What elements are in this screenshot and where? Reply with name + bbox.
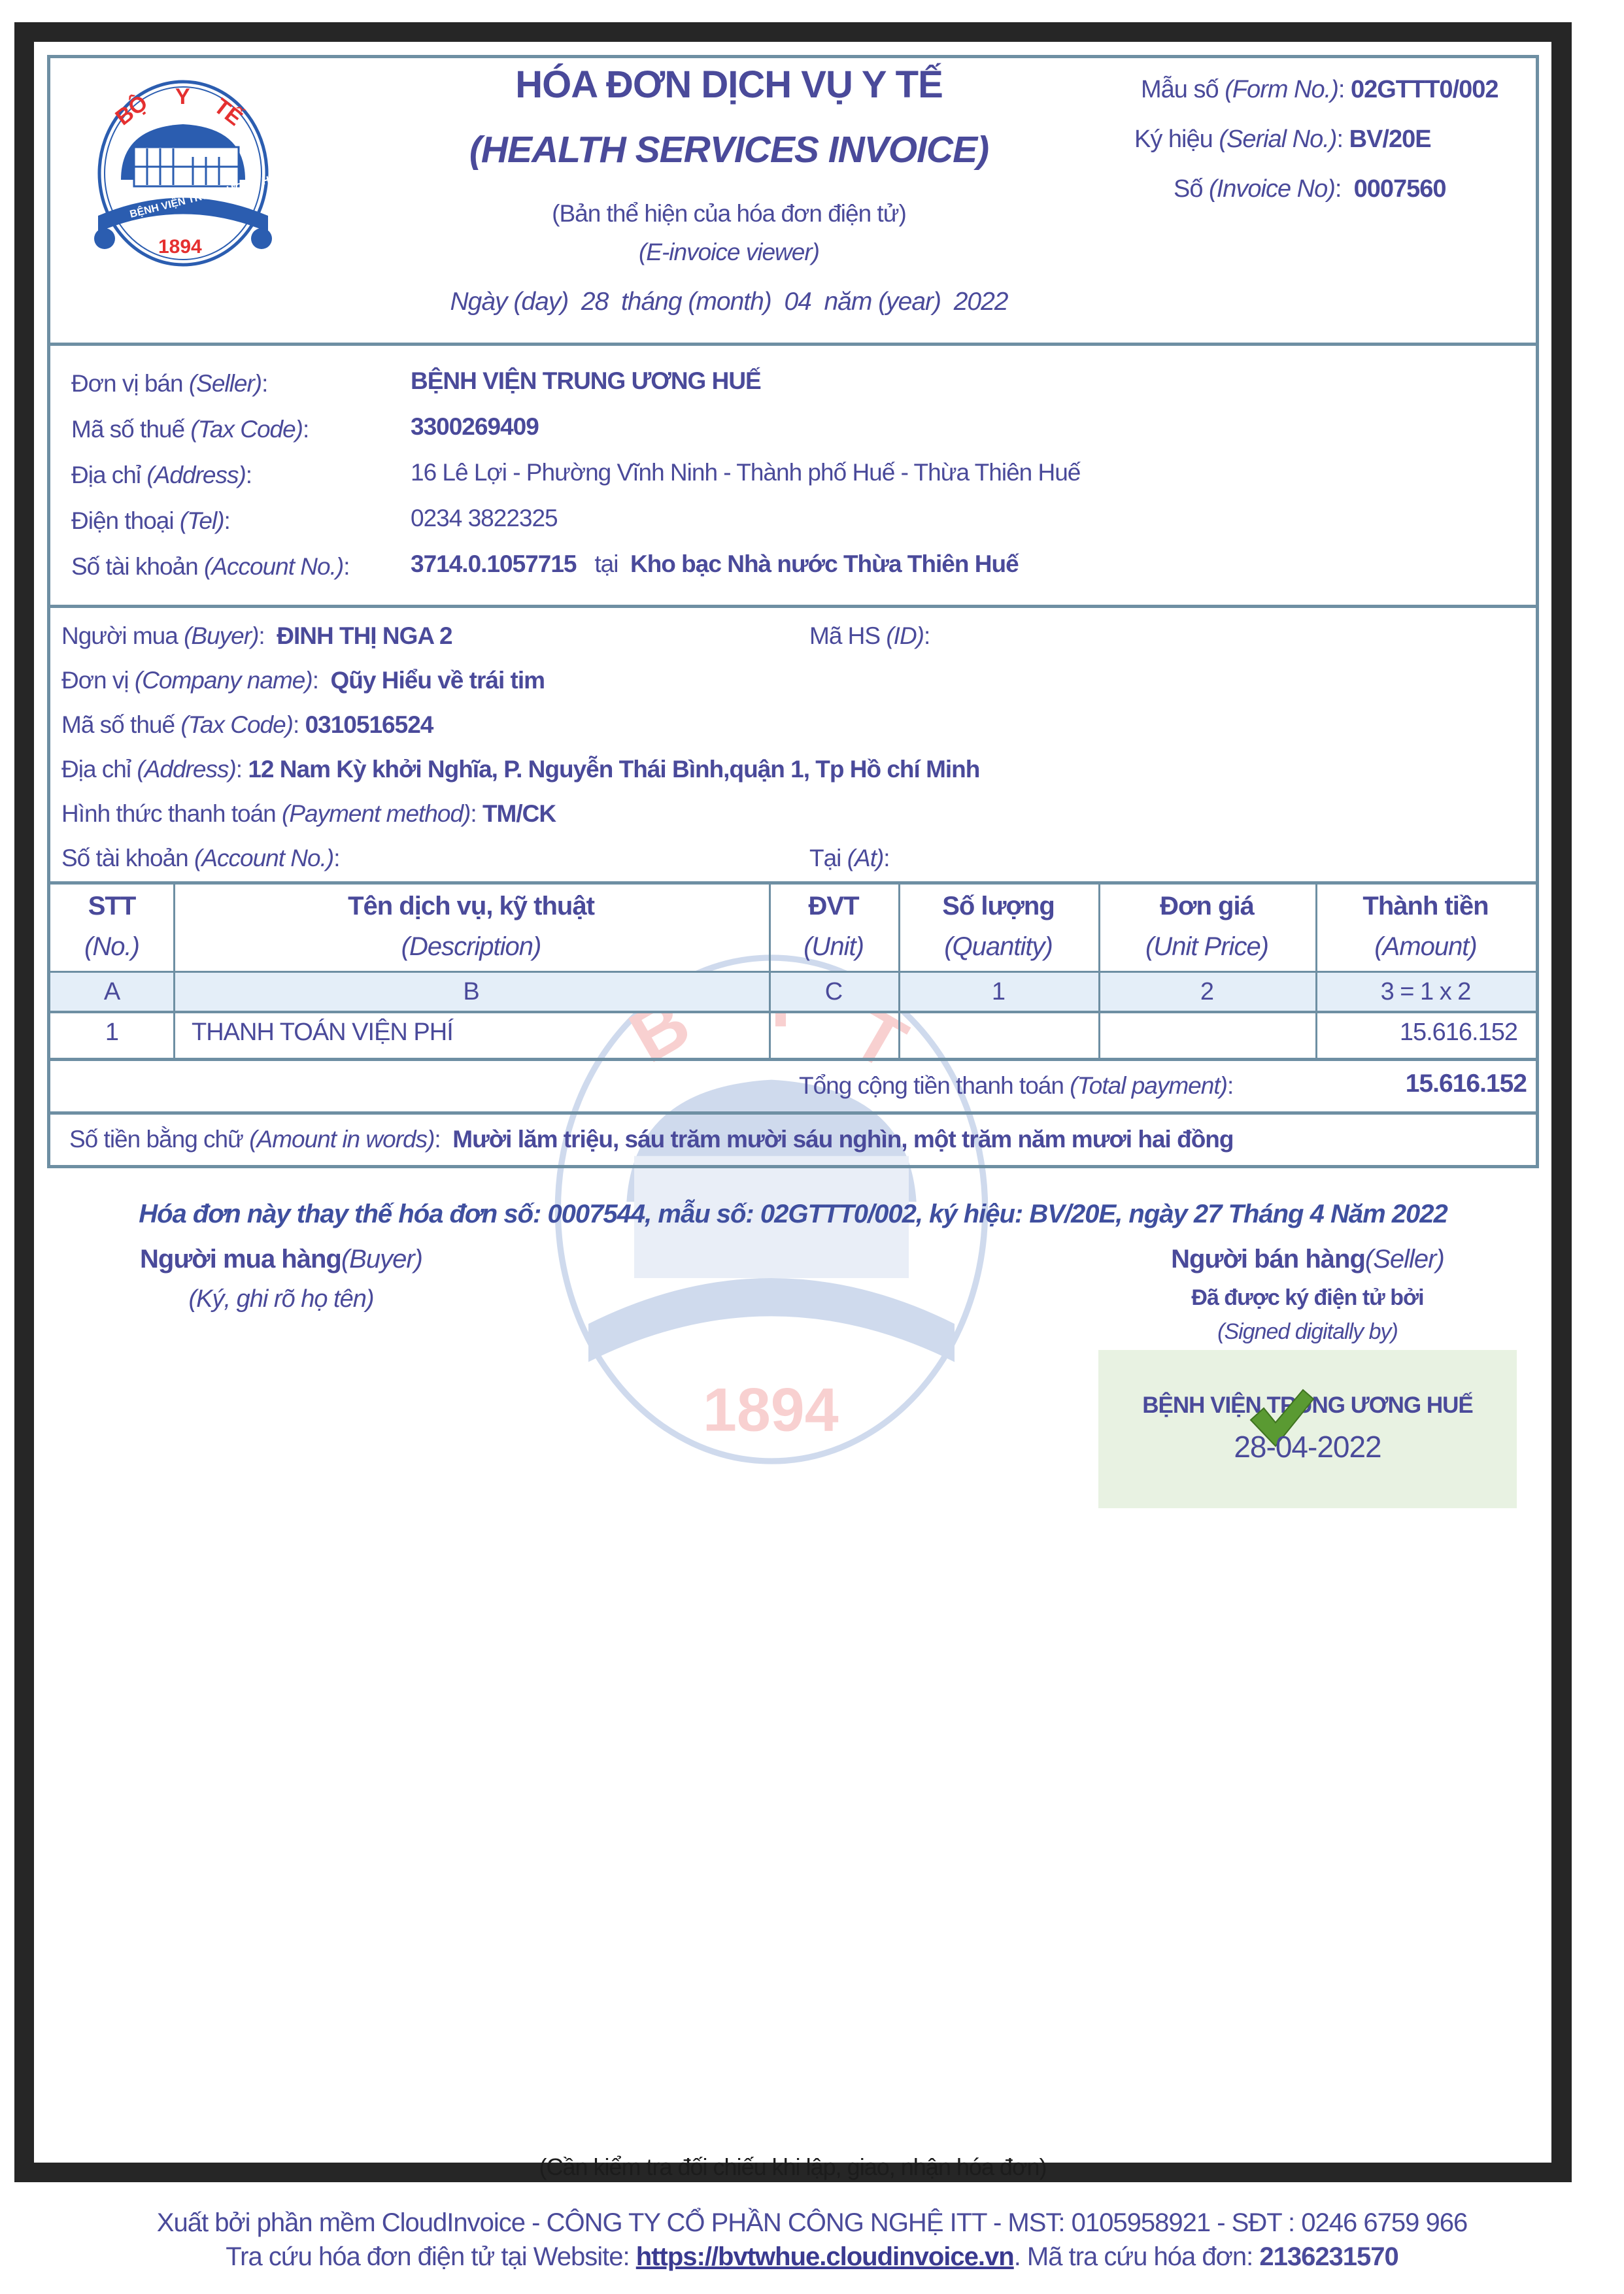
seller-tax-code: 3300269409 (411, 413, 539, 441)
signed-digitally-vi: Đã được ký điện tử bởi (1085, 1285, 1530, 1311)
amount-in-words-row: Số tiền bằng chữ (Amount in words): Mười… (69, 1126, 1234, 1153)
buyer-signature-note: (Ký, ghi rõ họ tên) (85, 1285, 477, 1313)
invoice-title-en: (HEALTH SERVICES INVOICE) (327, 128, 1131, 171)
table-cell-description: THANH TOÁN VIỆN PHÍ (192, 1013, 453, 1051)
divider (47, 343, 1539, 346)
lookup-code: 2136231570 (1259, 2242, 1398, 2271)
invoice-date: Ngày (day) 28 tháng (month) 04 năm (year… (327, 288, 1131, 316)
invoice-subtitle-vi: (Bản thể hiện của hóa đơn điện tử) (327, 200, 1131, 228)
column-header: Số lượng(Quantity) (898, 886, 1098, 967)
footer-lookup: Tra cứu hóa đơn điện tử tại Website: htt… (0, 2242, 1624, 2272)
invoice-no-label-en: (Invoice No) (1209, 175, 1335, 203)
signed-digitally-en: (Signed digitally by) (1085, 1319, 1530, 1345)
divider (47, 1111, 1539, 1115)
invoice-subtitle-en: (E-invoice viewer) (327, 239, 1131, 266)
serial-value: BV/20E (1349, 126, 1431, 153)
buyer-at-row: Tại (At): (809, 845, 890, 872)
seller-address: 16 Lê Lợi - Phường Vĩnh Ninh - Thành phố… (411, 459, 1080, 486)
buyer-account-row: Số tài khoản (Account No.): (61, 845, 339, 872)
buyer-id-row: Mã HS (ID): (809, 622, 930, 650)
signed-date: 28-04-2022 (1098, 1429, 1517, 1464)
buyer-company: Qũy Hiểu về trái tim (331, 667, 545, 694)
total-label: Tổng cộng tiền thanh toán (Total payment… (799, 1072, 1233, 1100)
column-header: Đơn giá(Unit Price) (1098, 886, 1315, 967)
form-number: Mẫu số (Form No.): 02GTTT0/002 (1141, 76, 1498, 104)
buyer-company-row: Đơn vị (Company name): Qũy Hiểu về trái … (61, 667, 545, 694)
footer-issuer: Xuất bởi phần mềm CloudInvoice - CÔNG TY… (0, 2208, 1624, 2238)
serial-label: Ký hiệu (1134, 126, 1213, 153)
column-header: ĐVT(Unit) (769, 886, 898, 967)
seller-tax-label: Mã số thuế (Tax Code): (71, 416, 309, 443)
buyer-signature-title: Người mua hàng(Buyer) (85, 1245, 477, 1274)
column-code: C (769, 973, 898, 1011)
table-cell-no: 1 (50, 1013, 173, 1051)
svg-text:1894: 1894 (703, 1375, 839, 1443)
table-cell-amount: 15.616.152 (1315, 1013, 1517, 1051)
seller-at-label: tại (594, 550, 618, 577)
buyer-address: 12 Nam Kỳ khởi Nghĩa, P. Nguyễn Thái Bìn… (248, 756, 979, 783)
invoice-no-label: Số (1174, 175, 1202, 203)
svg-text:1894: 1894 (158, 236, 202, 258)
buyer-name-row: Người mua (Buyer): ĐINH THỊ NGA 2 (61, 622, 452, 650)
seller-address-label: Địa chỉ (Address): (71, 462, 252, 489)
seller-account: 3714.0.1057715 tại Kho bạc Nhà nước Thừa… (411, 550, 1019, 578)
invoice-title: HÓA ĐƠN DỊCH VỤ Y TẾ (327, 63, 1131, 107)
serial-number: Ký hiệu (Serial No.): BV/20E (1134, 126, 1431, 154)
column-code: A (50, 973, 173, 1011)
lookup-website-link[interactable]: https://bvtwhue.cloudinvoice.vn (636, 2242, 1014, 2271)
seller-tel-label: Điện thoại (Tel): (71, 507, 230, 535)
seller-account-no: 3714.0.1057715 (411, 550, 577, 577)
form-no-value: 02GTTT0/002 (1351, 76, 1498, 103)
buyer-tax-code: 0310516524 (305, 711, 433, 738)
form-no-label: Mẫu số (1141, 76, 1219, 103)
replacement-note: Hóa đơn này thay thế hóa đơn số: 0007544… (47, 1200, 1539, 1229)
amount-in-words: Mười lăm triệu, sáu trăm mười sáu nghìn,… (452, 1126, 1233, 1153)
column-code: 1 (898, 973, 1098, 1011)
svg-text:Y: Y (175, 84, 190, 109)
seller-name: BỆNH VIỆN TRUNG ƯƠNG HUẾ (411, 367, 761, 395)
column-header: STT(No.) (50, 886, 173, 967)
column-code: B (173, 973, 769, 1011)
verification-note: (Cần kiểm tra đối chiếu khi lập, giao, n… (34, 2153, 1551, 2181)
form-no-label-en: (Form No.) (1225, 76, 1338, 103)
buyer-payment-row: Hình thức thanh toán (Payment method): T… (61, 800, 556, 828)
column-header: Thành tiền(Amount) (1315, 886, 1536, 967)
seller-name-label: Đơn vị bán (Seller): (71, 370, 267, 397)
buyer-payment-method: TM/CK (482, 800, 556, 827)
column-code: 3 = 1 x 2 (1315, 973, 1536, 1011)
column-code: 2 (1098, 973, 1315, 1011)
buyer-address-row: Địa chỉ (Address): 12 Nam Kỳ khởi Nghĩa,… (61, 756, 979, 783)
seller-tel: 0234 3822325 (411, 505, 558, 532)
buyer-name: ĐINH THỊ NGA 2 (277, 622, 452, 649)
seller-bank: Kho bạc Nhà nước Thừa Thiên Huế (630, 550, 1019, 577)
divider (47, 605, 1539, 608)
seller-account-label: Số tài khoản (Account No.): (71, 553, 349, 581)
serial-label-en: (Serial No.) (1219, 126, 1336, 153)
ministry-of-health-logo-icon: BỘ Y TẾ BỆNH VIỆN TRUNG ƯƠNG HUẾ 1894 (85, 75, 281, 271)
invoice-number: Số (Invoice No): 0007560 (1174, 175, 1446, 203)
seller-signature-title: Người bán hàng(Seller) (1085, 1245, 1530, 1274)
column-header: Tên dịch vụ, kỹ thuật(Description) (173, 886, 769, 967)
buyer-tax-row: Mã số thuế (Tax Code): 0310516524 (61, 711, 433, 739)
total-amount: 15.616.152 (1314, 1070, 1527, 1098)
invoice-no-value: 0007560 (1354, 175, 1446, 203)
